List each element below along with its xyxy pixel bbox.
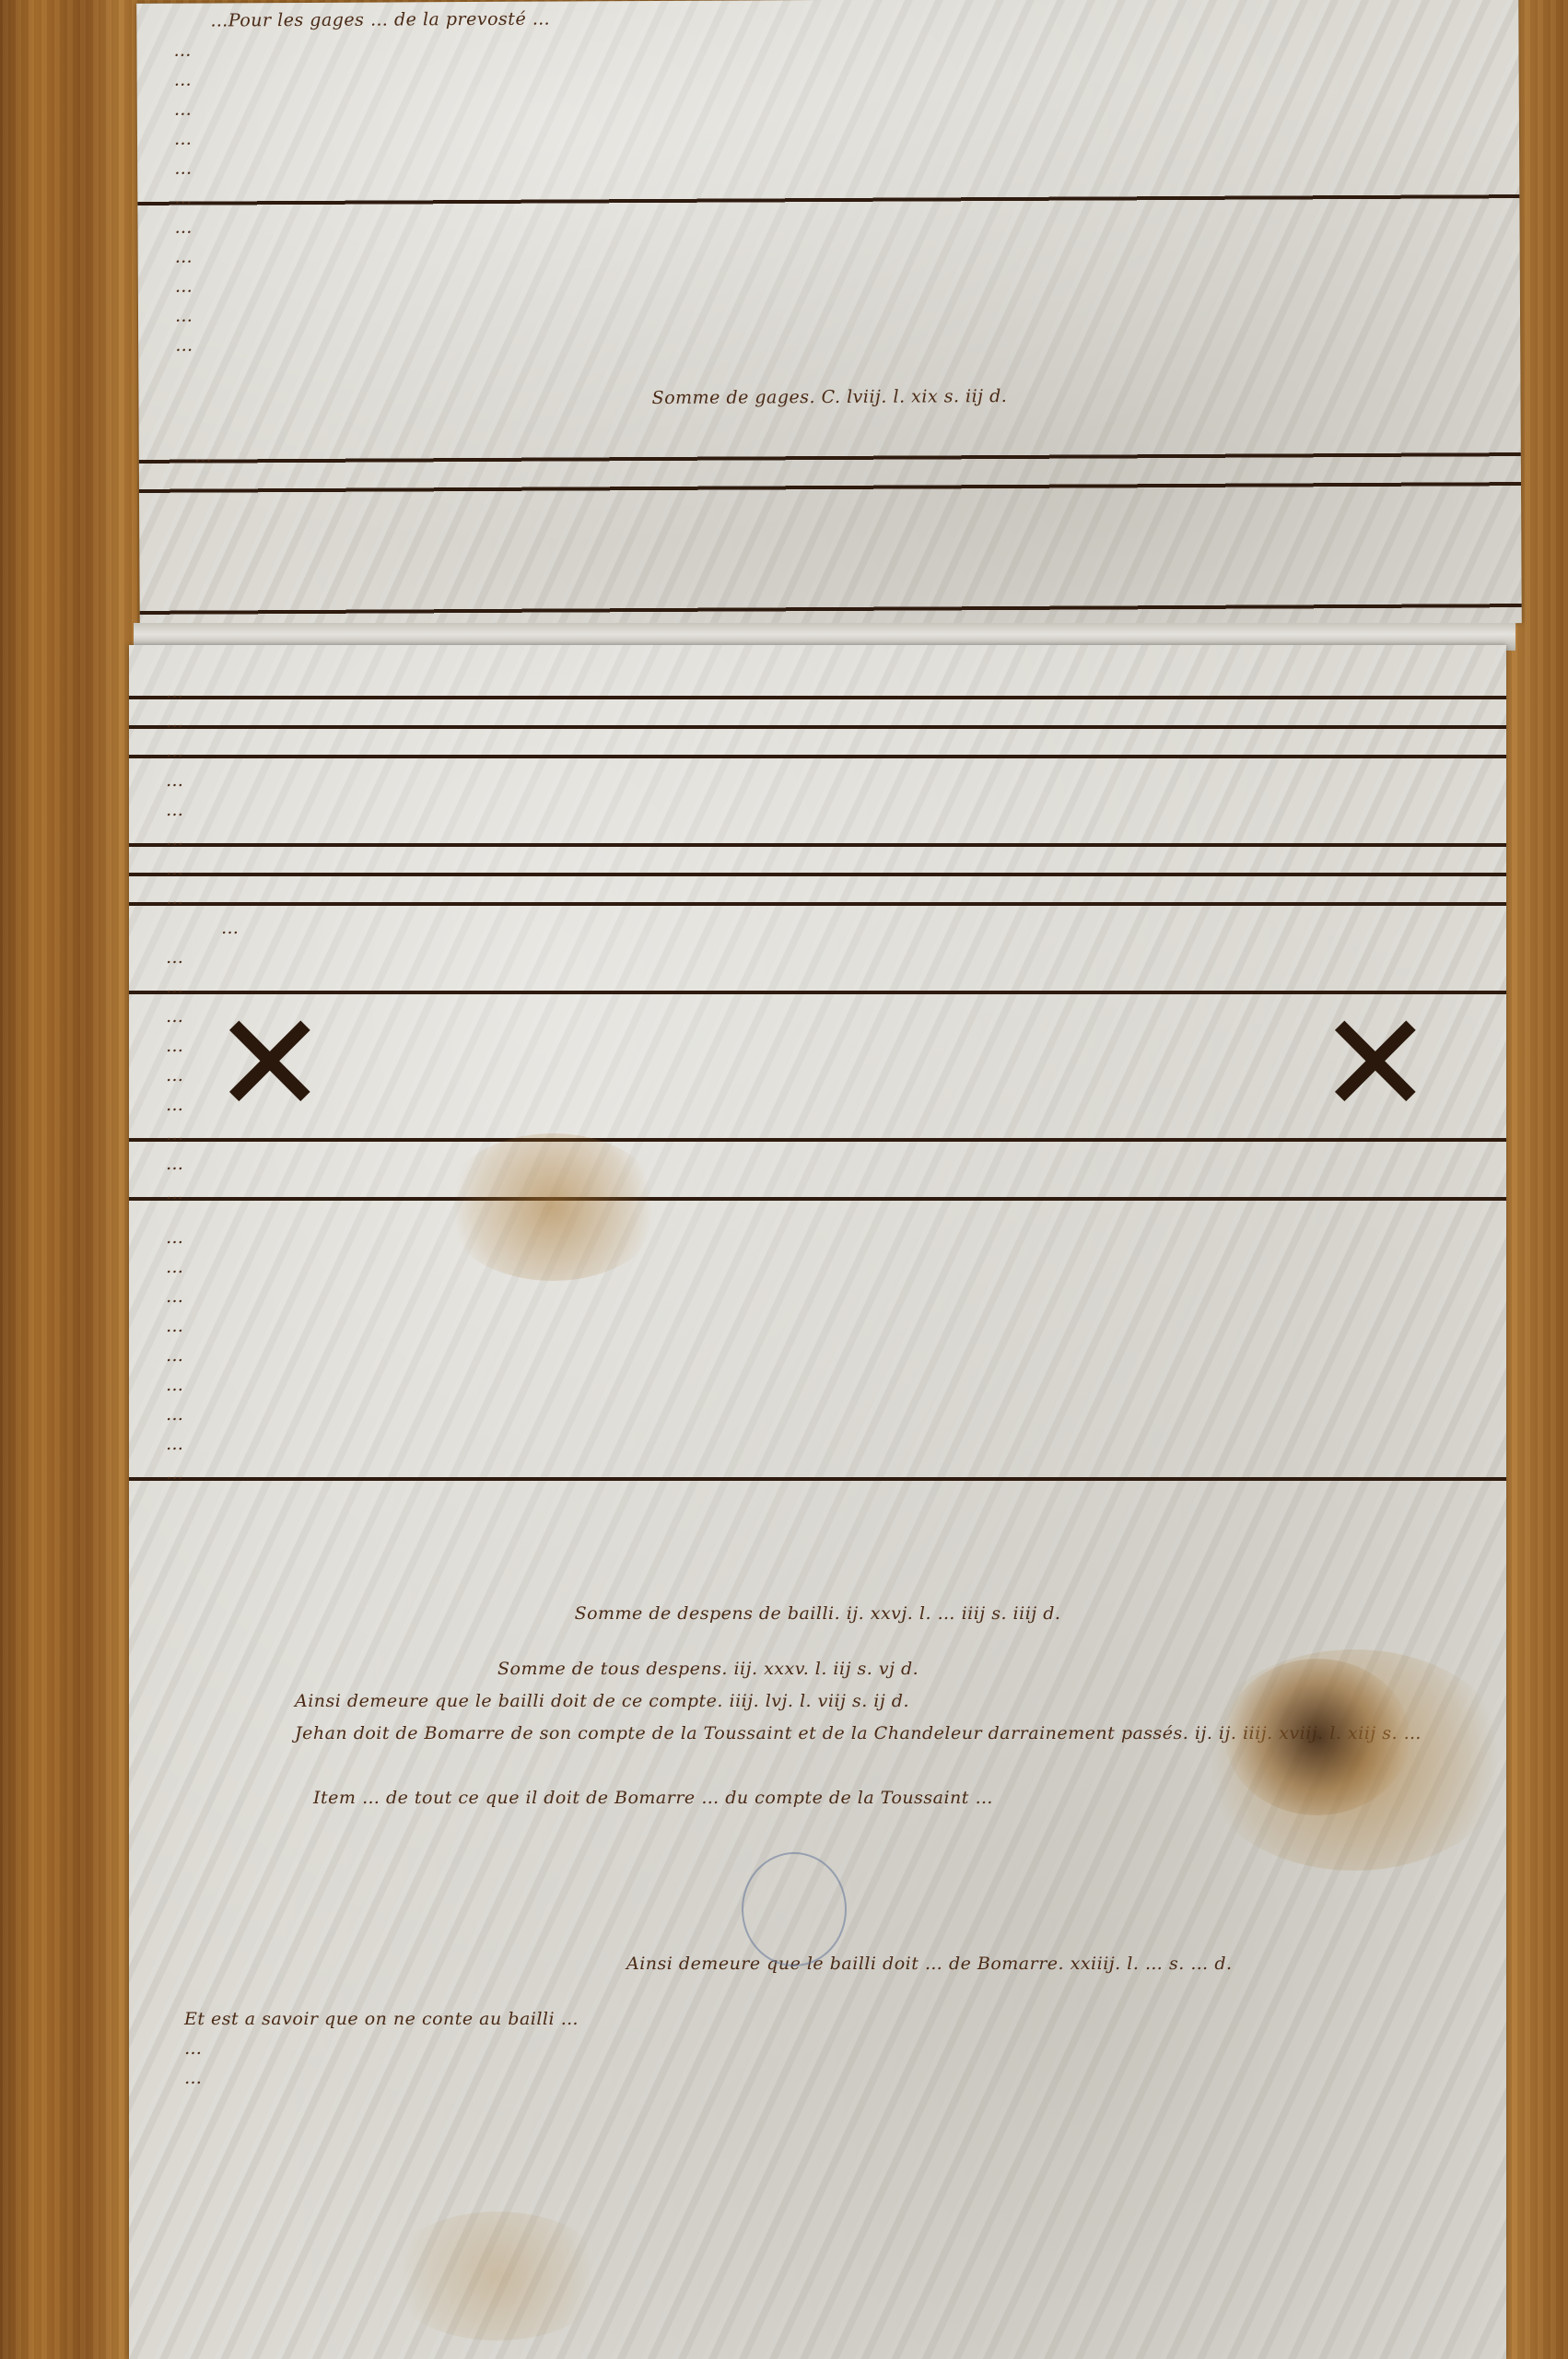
manuscript-line: … <box>129 1316 1506 1347</box>
manuscript-line: … <box>129 1375 1506 1406</box>
cancellation-mark-left: ✕ <box>212 995 328 1133</box>
manuscript-line-struck: … <box>129 711 1506 743</box>
water-stain <box>387 2212 608 2341</box>
manuscript-line-struck: … <box>129 1463 1506 1495</box>
manuscript-sheet-top: …Pour les gages … de la prevosté … … … …… <box>136 0 1522 630</box>
closing-line: … <box>129 2038 1506 2070</box>
manuscript-line: … <box>129 1345 1506 1377</box>
manuscript-line-struck: … <box>129 888 1506 920</box>
archive-stamp <box>742 1852 847 1966</box>
manuscript-line-struck: … <box>129 741 1506 772</box>
manuscript-line: … <box>129 1095 1506 1126</box>
manuscript-line-struck: … <box>129 682 1506 713</box>
manuscript-line-struck: … <box>129 1183 1506 1215</box>
manuscript-line: … <box>129 1404 1506 1436</box>
manuscript-line-struck: … <box>129 829 1506 861</box>
manuscript-line: … <box>129 1036 1506 1067</box>
subtotal-line: Somme de gages. C. lviij. l. xix s. iij … <box>138 383 1520 422</box>
manuscript-line: … <box>129 1257 1506 1288</box>
manuscript-line-struck <box>139 468 1521 507</box>
manuscript-line: … <box>129 918 1506 949</box>
closing-line: … <box>129 2068 1506 2099</box>
manuscript-line: … <box>129 1154 1506 1185</box>
manuscript-line: … <box>129 1227 1506 1259</box>
water-stain <box>442 1133 663 1281</box>
manuscript-line: … <box>129 1006 1506 1038</box>
manuscript-sheet-bottom: … … … … … … … … … … … … … … … … … … … … … <box>129 645 1506 2359</box>
manuscript-line: … <box>129 770 1506 802</box>
cancellation-mark-right: ✕ <box>1317 995 1433 1133</box>
manuscript-line: … <box>138 328 1520 367</box>
manuscript-line: … <box>129 800 1506 831</box>
manuscript-line-struck: … <box>129 1124 1506 1156</box>
manuscript-line-struck: … <box>129 977 1506 1008</box>
manuscript-line-struck: … <box>129 859 1506 890</box>
manuscript-line: … <box>129 1434 1506 1465</box>
manuscript-line: … <box>129 947 1506 979</box>
ink-blot <box>1225 1659 1410 1815</box>
manuscript-line: … <box>129 1065 1506 1097</box>
summary-despens-bailli: Somme de despens de bailli. ij. xxvj. l.… <box>129 1603 1506 1635</box>
closing-line: Et est a savoir que on ne conte au baill… <box>129 2009 1506 2040</box>
manuscript-line: … <box>129 1286 1506 1318</box>
